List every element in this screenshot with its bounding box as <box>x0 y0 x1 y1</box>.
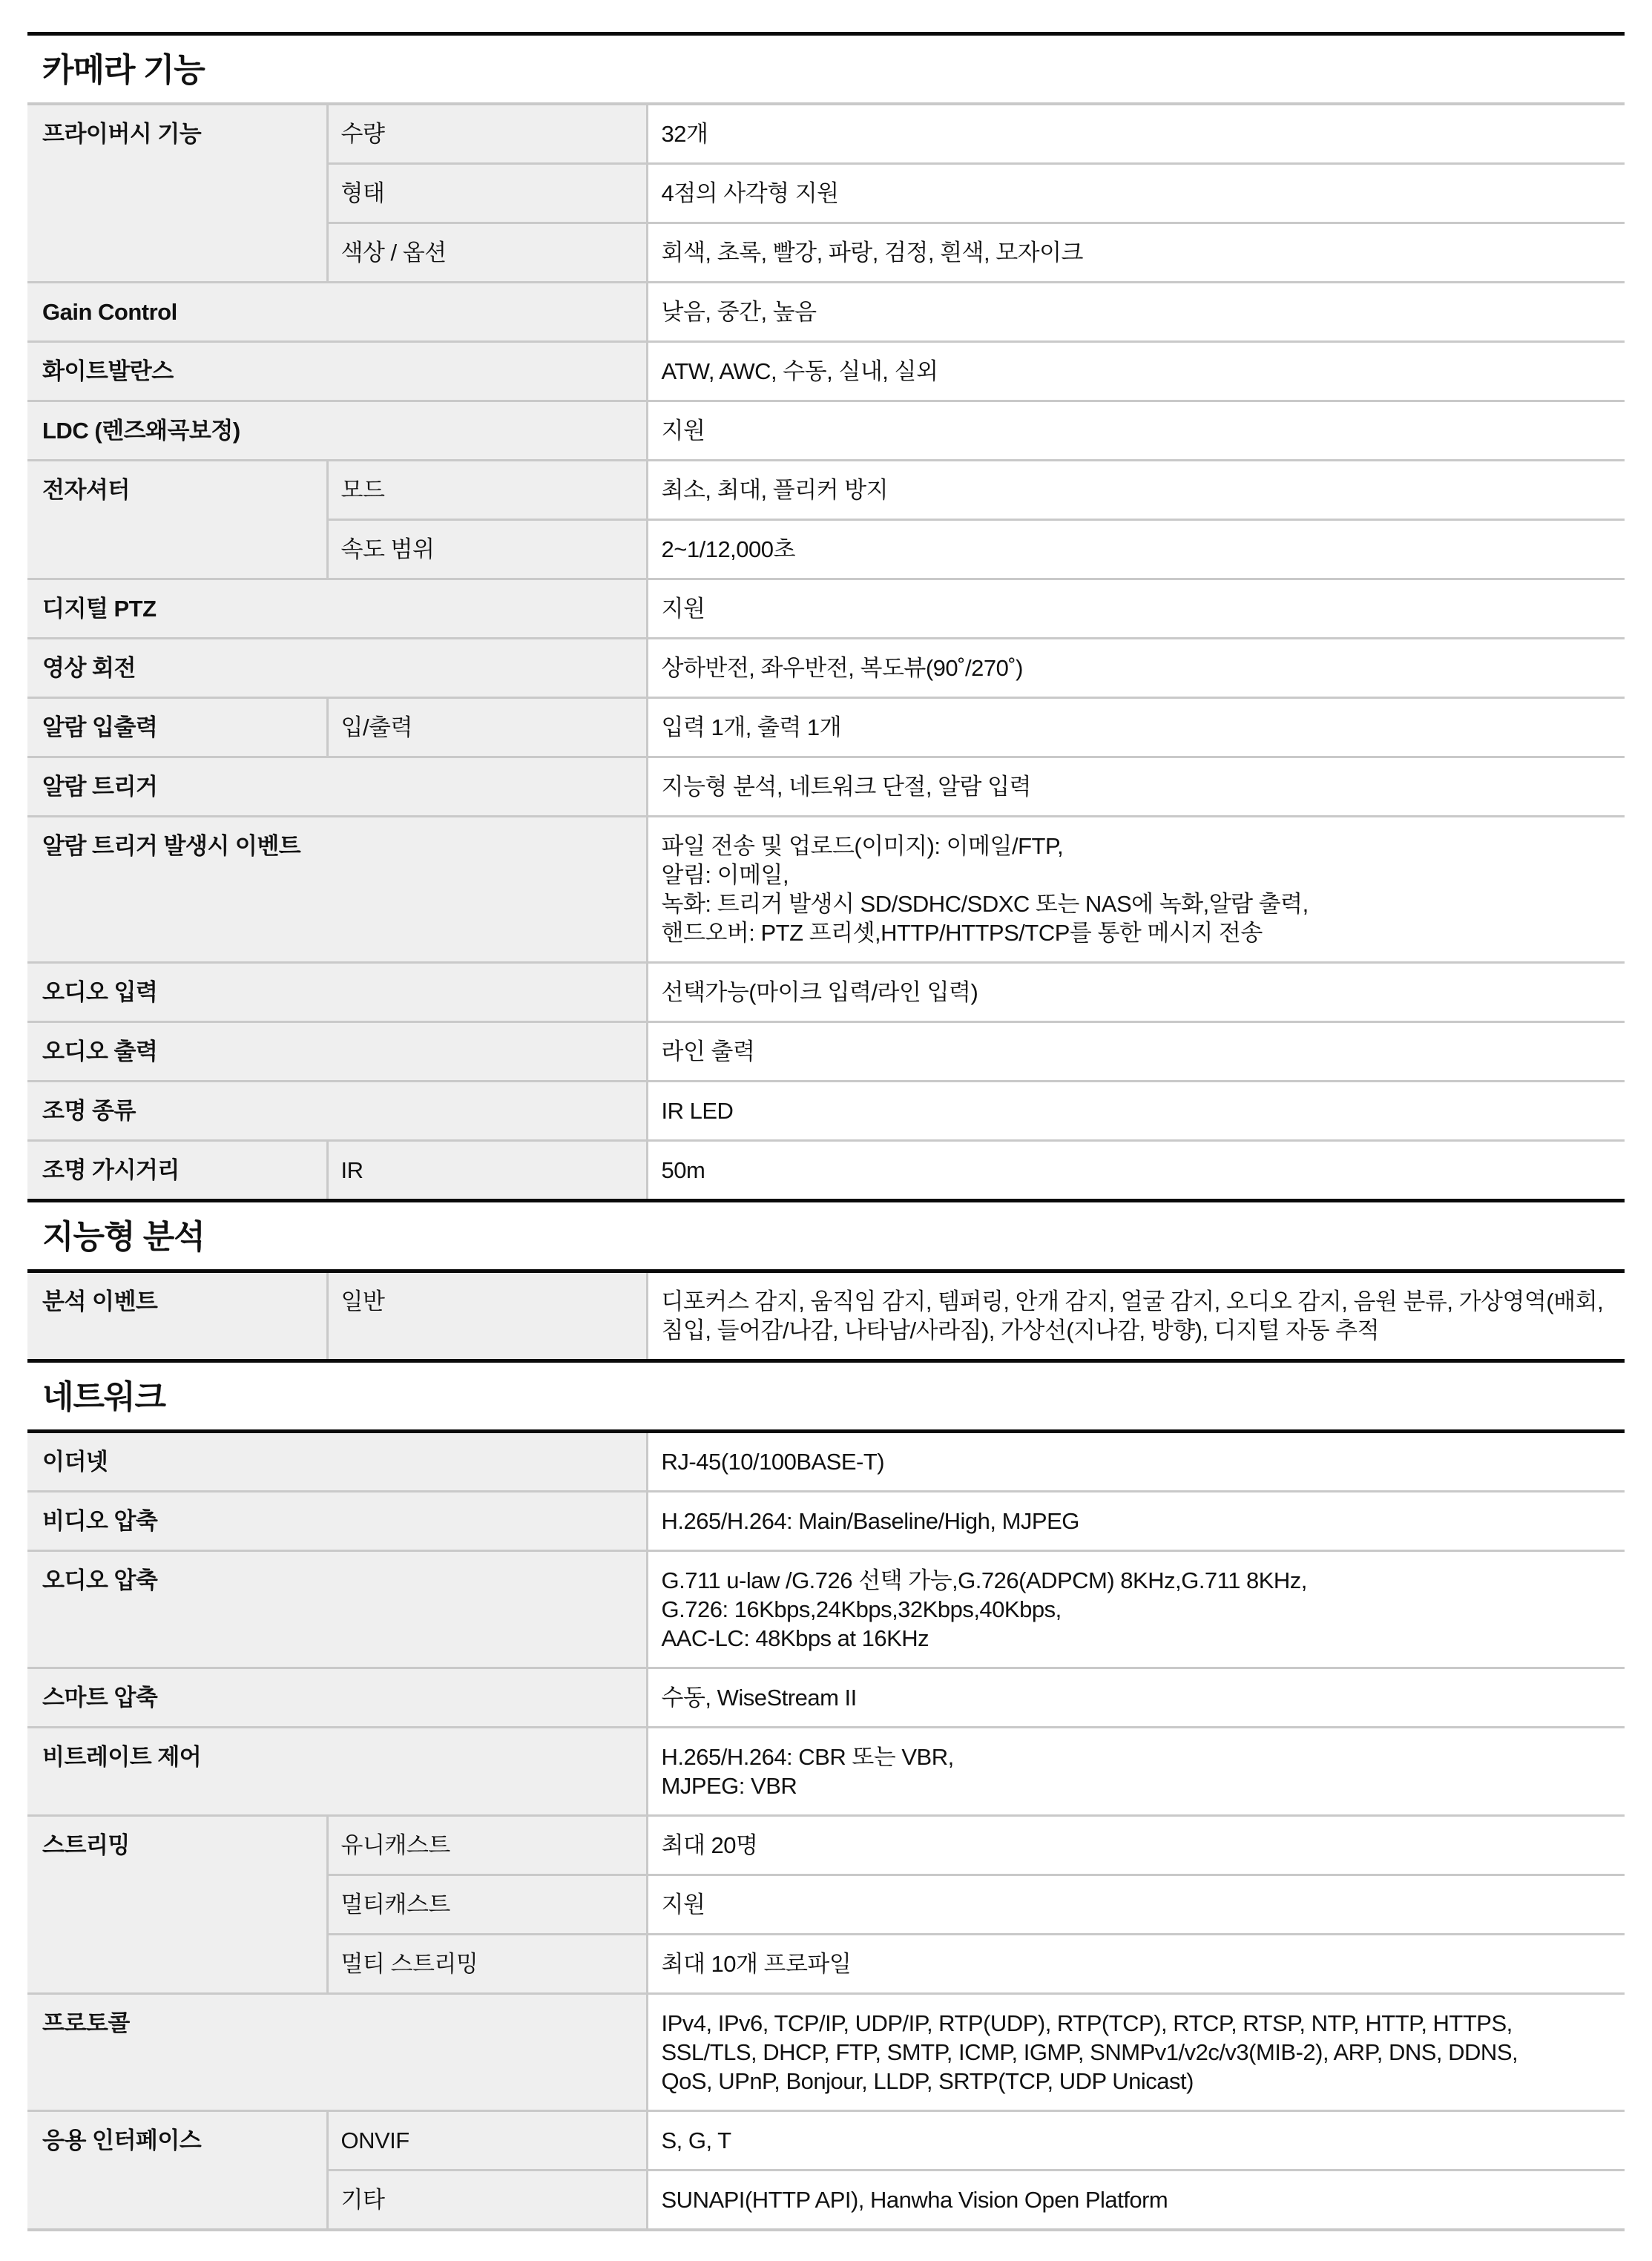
row-label: 오디오 출력 <box>27 1022 647 1082</box>
row-label: LDC (렌즈왜곡보정) <box>27 401 647 461</box>
row-label: 디지털 PTZ <box>27 579 647 639</box>
row-value: 지원 <box>647 1875 1625 1935</box>
row-label: 알람 트리거 발생시 이벤트 <box>27 817 647 963</box>
row-sublabel: 멀티 스트리밍 <box>327 1935 647 1994</box>
spec-table: 이더넷RJ-45(10/100BASE-T)비디오 압축H.265/H.264:… <box>27 1429 1625 2231</box>
row-sublabel: 형태 <box>327 164 647 223</box>
spec-row: 조명 가시거리IR50m <box>27 1141 1625 1199</box>
row-label: 전자셔터 <box>27 461 327 579</box>
row-value: SUNAPI(HTTP API), Hanwha Vision Open Pla… <box>647 2171 1625 2231</box>
row-value: 상하반전, 좌우반전, 복도뷰(90˚/270˚) <box>647 639 1625 698</box>
spec-table: 분석 이벤트일반디포커스 감지, 움직임 감지, 템퍼링, 안개 감지, 얼굴 … <box>27 1269 1625 1359</box>
row-sublabel: 유니캐스트 <box>327 1816 647 1875</box>
spec-table: 프라이버시 기능수량32개형태4점의 사각형 지원색상 / 옵션회색, 초록, … <box>27 102 1625 1199</box>
row-sublabel: IR <box>327 1141 647 1199</box>
section-title: 카메라 기능 <box>27 54 1625 87</box>
spec-row: 전자셔터모드최소, 최대, 플리커 방지 <box>27 461 1625 520</box>
spec-row: 프로토콜IPv4, IPv6, TCP/IP, UDP/IP, RTP(UDP)… <box>27 1994 1625 2111</box>
row-value: 선택가능(마이크 입력/라인 입력) <box>647 963 1625 1022</box>
spec-row: 영상 회전상하반전, 좌우반전, 복도뷰(90˚/270˚) <box>27 639 1625 698</box>
spec-row: 이더넷RJ-45(10/100BASE-T) <box>27 1432 1625 1492</box>
spec-row: 오디오 입력선택가능(마이크 입력/라인 입력) <box>27 963 1625 1022</box>
row-value: H.265/H.264: CBR 또는 VBR, MJPEG: VBR <box>647 1728 1625 1816</box>
spec-row: 조명 종류IR LED <box>27 1082 1625 1141</box>
row-label: Gain Control <box>27 283 647 342</box>
row-value: 수동, WiseStream II <box>647 1668 1625 1728</box>
spec-row: LDC (렌즈왜곡보정)지원 <box>27 401 1625 461</box>
row-label: 오디오 압축 <box>27 1551 647 1668</box>
spec-row: 알람 트리거 발생시 이벤트파일 전송 및 업로드(이미지): 이메일/FTP,… <box>27 817 1625 963</box>
spec-row: 알람 입출력입/출력입력 1개, 출력 1개 <box>27 698 1625 757</box>
section-divider-rule <box>27 32 1625 36</box>
row-label: 비디오 압축 <box>27 1492 647 1551</box>
row-sublabel: 일반 <box>327 1271 647 1360</box>
row-value: 입력 1개, 출력 1개 <box>647 698 1625 757</box>
row-value: 지원 <box>647 401 1625 461</box>
row-value: ATW, AWC, 수동, 실내, 실외 <box>647 342 1625 401</box>
section-divider-rule <box>27 1359 1625 1363</box>
row-value: 파일 전송 및 업로드(이미지): 이메일/FTP, 알림: 이메일, 녹화: … <box>647 817 1625 963</box>
section-title: 지능형 분석 <box>27 1221 1625 1254</box>
row-value: 최대 20명 <box>647 1816 1625 1875</box>
row-label: 스트리밍 <box>27 1816 327 1994</box>
row-value: 디포커스 감지, 움직임 감지, 템퍼링, 안개 감지, 얼굴 감지, 오디오 … <box>647 1271 1625 1360</box>
row-label: 알람 입출력 <box>27 698 327 757</box>
row-label: 이더넷 <box>27 1432 647 1492</box>
row-value: 2~1/12,000초 <box>647 520 1625 579</box>
row-label: 조명 가시거리 <box>27 1141 327 1199</box>
spec-row: 응용 인터페이스ONVIFS, G, T <box>27 2111 1625 2171</box>
section-title: 네트워크 <box>27 1381 1625 1414</box>
spec-row: 스마트 압축수동, WiseStream II <box>27 1668 1625 1728</box>
row-label: 비트레이트 제어 <box>27 1728 647 1816</box>
row-label: 스마트 압축 <box>27 1668 647 1728</box>
spec-row: Gain Control낮음, 중간, 높음 <box>27 283 1625 342</box>
row-value: IPv4, IPv6, TCP/IP, UDP/IP, RTP(UDP), RT… <box>647 1994 1625 2111</box>
spec-row: 알람 트리거지능형 분석, 네트워크 단절, 알람 입력 <box>27 757 1625 817</box>
row-label: 화이트발란스 <box>27 342 647 401</box>
row-label: 조명 종류 <box>27 1082 647 1141</box>
row-value: H.265/H.264: Main/Baseline/High, MJPEG <box>647 1492 1625 1551</box>
row-label: 프라이버시 기능 <box>27 104 327 283</box>
row-value: 50m <box>647 1141 1625 1199</box>
row-sublabel: ONVIF <box>327 2111 647 2171</box>
row-label: 프로토콜 <box>27 1994 647 2111</box>
spec-row: 디지털 PTZ지원 <box>27 579 1625 639</box>
row-sublabel: 모드 <box>327 461 647 520</box>
row-value: 회색, 초록, 빨강, 파랑, 검정, 흰색, 모자이크 <box>647 223 1625 283</box>
row-value: 낮음, 중간, 높음 <box>647 283 1625 342</box>
row-sublabel: 멀티캐스트 <box>327 1875 647 1935</box>
row-label: 영상 회전 <box>27 639 647 698</box>
spec-row: 스트리밍유니캐스트최대 20명 <box>27 1816 1625 1875</box>
row-value: 최소, 최대, 플리커 방지 <box>647 461 1625 520</box>
row-value: 지능형 분석, 네트워크 단절, 알람 입력 <box>647 757 1625 817</box>
spec-sheet: 카메라 기능프라이버시 기능수량32개형태4점의 사각형 지원색상 / 옵션회색… <box>27 32 1625 2231</box>
spec-row: 분석 이벤트일반디포커스 감지, 움직임 감지, 템퍼링, 안개 감지, 얼굴 … <box>27 1271 1625 1360</box>
row-sublabel: 입/출력 <box>327 698 647 757</box>
spec-row: 프라이버시 기능수량32개 <box>27 104 1625 164</box>
spec-row: 비디오 압축H.265/H.264: Main/Baseline/High, M… <box>27 1492 1625 1551</box>
row-value: RJ-45(10/100BASE-T) <box>647 1432 1625 1492</box>
row-label: 오디오 입력 <box>27 963 647 1022</box>
row-value: 4점의 사각형 지원 <box>647 164 1625 223</box>
row-label: 분석 이벤트 <box>27 1271 327 1360</box>
row-value: 라인 출력 <box>647 1022 1625 1082</box>
spec-row: 오디오 압축G.711 u-law /G.726 선택 가능,G.726(ADP… <box>27 1551 1625 1668</box>
row-label: 알람 트리거 <box>27 757 647 817</box>
row-sublabel: 기타 <box>327 2171 647 2231</box>
row-value: S, G, T <box>647 2111 1625 2171</box>
row-sublabel: 색상 / 옵션 <box>327 223 647 283</box>
spec-row: 오디오 출력라인 출력 <box>27 1022 1625 1082</box>
row-label: 응용 인터페이스 <box>27 2111 327 2231</box>
row-value: 32개 <box>647 104 1625 164</box>
spec-row: 비트레이트 제어H.265/H.264: CBR 또는 VBR, MJPEG: … <box>27 1728 1625 1816</box>
row-value: 최대 10개 프로파일 <box>647 1935 1625 1994</box>
row-value: G.711 u-law /G.726 선택 가능,G.726(ADPCM) 8K… <box>647 1551 1625 1668</box>
row-sublabel: 속도 범위 <box>327 520 647 579</box>
section-divider-rule <box>27 1199 1625 1202</box>
row-value: 지원 <box>647 579 1625 639</box>
spec-row: 화이트발란스ATW, AWC, 수동, 실내, 실외 <box>27 342 1625 401</box>
row-sublabel: 수량 <box>327 104 647 164</box>
row-value: IR LED <box>647 1082 1625 1141</box>
